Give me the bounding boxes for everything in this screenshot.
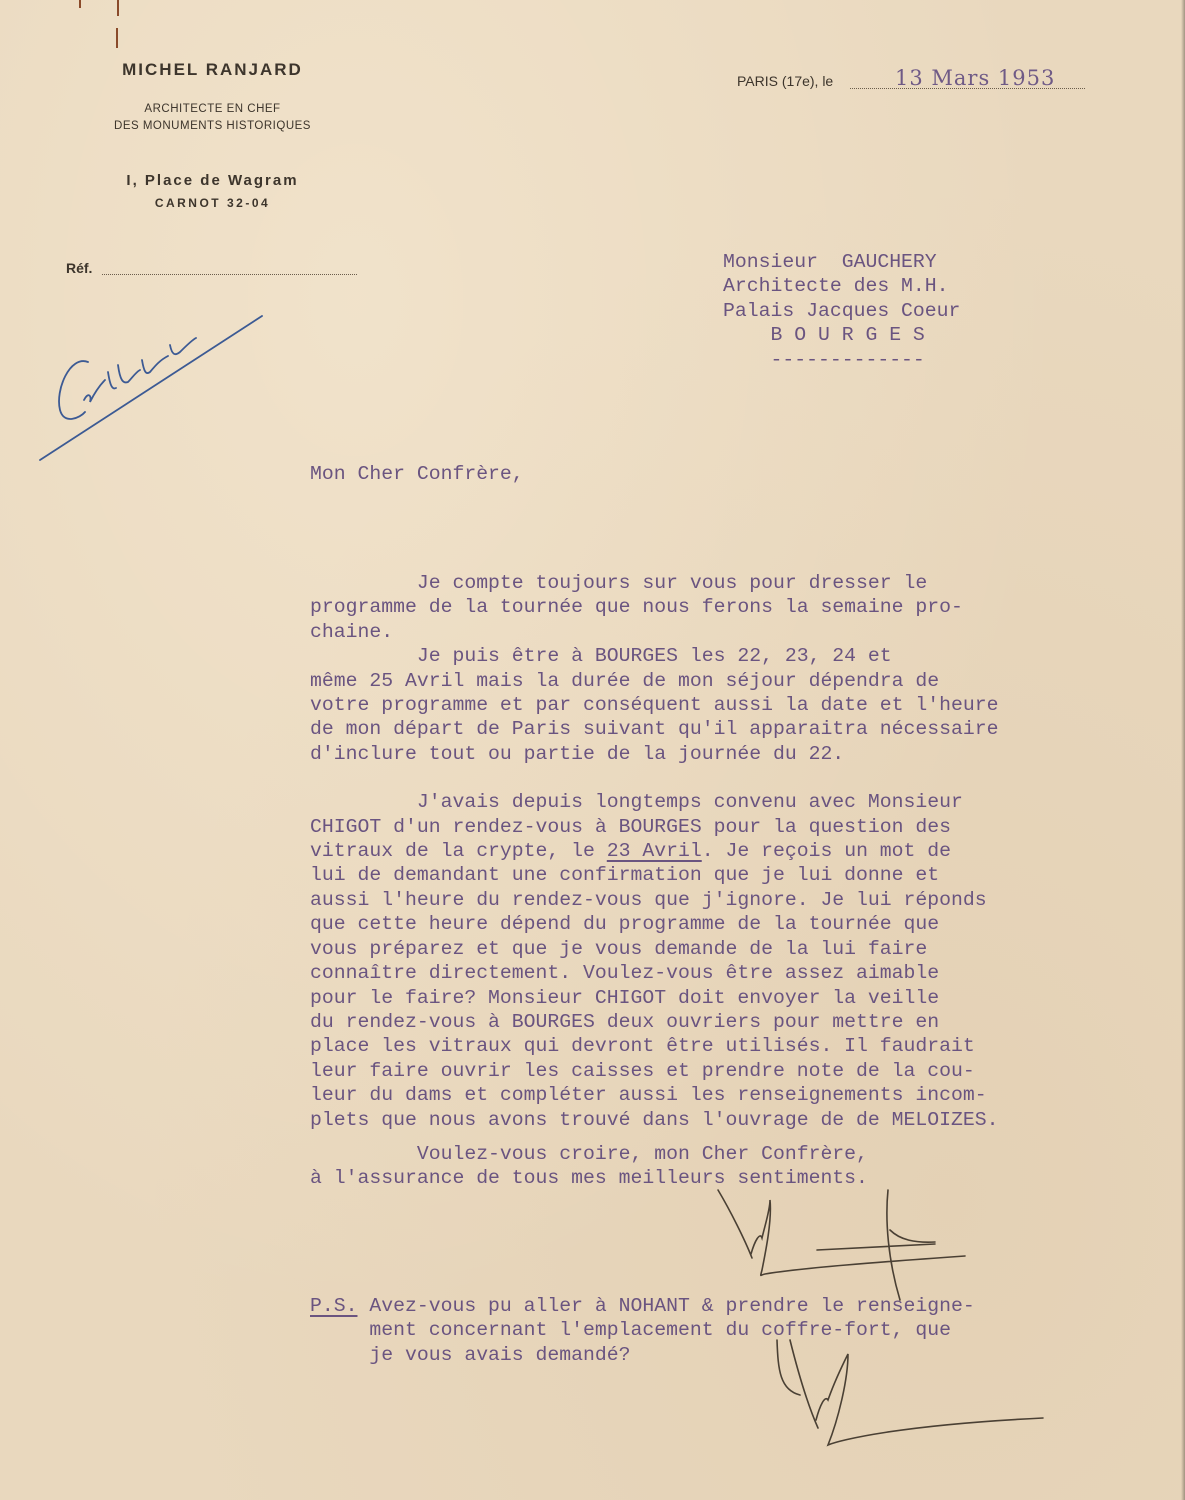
signature (718, 1190, 965, 1300)
ps-signature (777, 1340, 1043, 1445)
handwriting-layer (0, 0, 1185, 1500)
handwritten-note-cathedrale (40, 316, 262, 460)
